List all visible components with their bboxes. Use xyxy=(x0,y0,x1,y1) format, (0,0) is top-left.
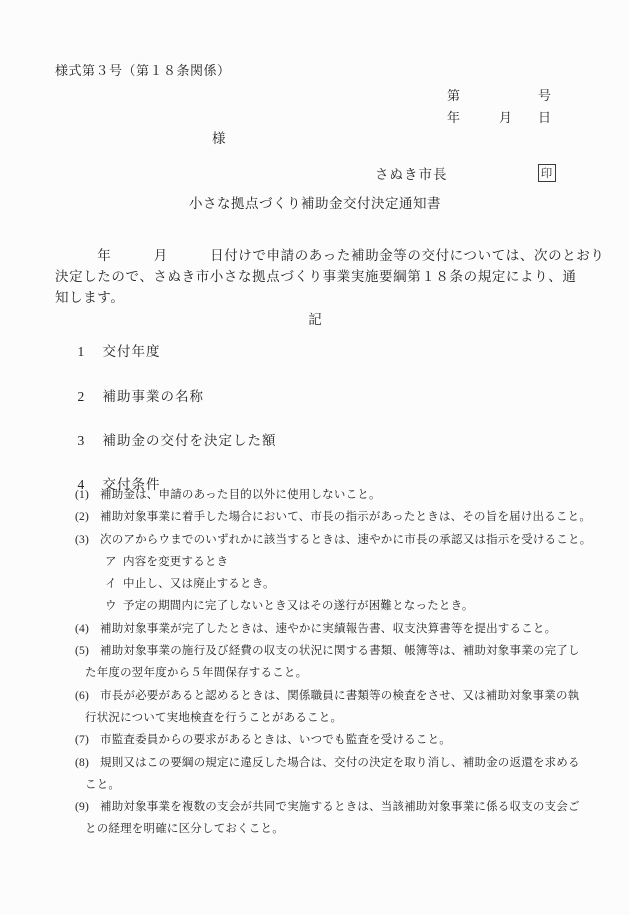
condition-text: 補助対象事業の施行及び経費の収支の状況に関する書類、帳簿等は、補助対象事業の完了… xyxy=(100,645,580,657)
body-paragraph: 年 月 日付けで申請のあった補助金等の交付については、次のとおり 決定したので、… xyxy=(55,245,575,330)
record-mark: 記 xyxy=(55,309,575,330)
condition-text: 規則又はこの要綱の規定に違反した場合は、交付の決定を取り消し、補助金の返還を求め… xyxy=(100,757,580,769)
sub-condition-marker: イ xyxy=(105,573,123,595)
condition-marker: (9) xyxy=(75,796,100,818)
condition-marker: (3) xyxy=(75,529,100,551)
sub-condition-marker: ア xyxy=(105,551,123,573)
condition-item-8: (8)規則又はこの要綱の規定に違反した場合は、交付の決定を取り消し、補助金の返還… xyxy=(55,752,577,774)
section-number: 3 xyxy=(78,434,103,448)
section-item-3: 3補助金の交付を決定した額 xyxy=(55,420,277,461)
condition-text: 次のアからウまでのいずれかに該当するときは、速やかに市長の承認又は指示を受けるこ… xyxy=(100,534,591,546)
condition-marker: (2) xyxy=(75,506,100,528)
section-label: 補助金の交付を決定した額 xyxy=(103,433,277,448)
sub-condition-marker: ウ xyxy=(105,595,123,617)
condition-marker: (1) xyxy=(75,484,100,506)
issuer-line: さぬき市長 印 xyxy=(375,162,556,183)
sub-condition-item-u: ウ予定の期間内に完了しないとき又はその遂行が困難となったとき。 xyxy=(55,595,577,617)
condition-item-2: (2)補助対象事業に着手した場合において、市長の指示があったときは、その旨を届け… xyxy=(55,506,577,528)
sub-condition-text: 予定の期間内に完了しないとき又はその遂行が困難となったとき。 xyxy=(123,600,474,612)
condition-item-7: (7)市監査委員からの要求があるときは、いつでも監査を受けること。 xyxy=(55,729,577,751)
condition-item-1: (1)補助金は、申請のあった目的以外に使用しないこと。 xyxy=(55,484,577,506)
condition-item-4: (4)補助対象事業が完了したときは、速やかに実績報告書、収支決算書等を提出するこ… xyxy=(55,618,577,640)
issue-date-line: 年 月 日 xyxy=(447,111,551,124)
condition-marker: (4) xyxy=(75,618,100,640)
conditions-list: (1)補助金は、申請のあった目的以外に使用しないこと。 (2)補助対象事業に着手… xyxy=(55,484,577,841)
condition-item-5: (5)補助対象事業の施行及び経費の収支の状況に関する書類、帳簿等は、補助対象事業… xyxy=(55,640,577,662)
sub-condition-item-a: ア内容を変更するとき xyxy=(55,551,577,573)
condition-marker: (8) xyxy=(75,752,100,774)
condition-item-8-continuation: こと。 xyxy=(55,774,577,796)
section-label: 補助事業の名称 xyxy=(103,389,205,404)
condition-item-6: (6)市長が必要があると認めるときは、関係職員に書類等の検査をさせ、又は補助対象… xyxy=(55,685,577,707)
condition-item-9: (9)補助対象事業を複数の支会が共同で実施するときは、当該補助対象事業に係る収支… xyxy=(55,796,577,818)
condition-item-6-continuation: 行状況について実地検査を行うことがあること。 xyxy=(55,707,577,729)
body-line: 知します。 xyxy=(55,287,575,308)
condition-text: 補助金は、申請のあった目的以外に使用しないこと。 xyxy=(100,489,381,501)
section-item-1: 1交付年度 xyxy=(55,331,161,372)
seal-stamp-placeholder: 印 xyxy=(538,164,556,182)
sub-condition-text: 中止し、又は廃止するとき。 xyxy=(123,578,275,590)
condition-text: 補助対象事業に着手した場合において、市長の指示があったときは、その旨を届け出るこ… xyxy=(100,511,591,523)
document-title: 小さな拠点づくり補助金交付決定通知書 xyxy=(55,197,575,211)
document-number-line: 第 号 xyxy=(447,89,551,102)
condition-item-3: (3)次のアからウまでのいずれかに該当するときは、速やかに市長の承認又は指示を受… xyxy=(55,529,577,551)
body-line: 決定したので、さぬき市小さな拠点づくり事業実施要綱第１８条の規定により、通 xyxy=(55,266,575,287)
condition-text: 補助対象事業を複数の支会が共同で実施するときは、当該補助対象事業に係る収支の支会… xyxy=(100,801,580,813)
condition-item-5-continuation: た年度の翌年度から５年間保存すること。 xyxy=(55,662,577,684)
condition-marker: (6) xyxy=(75,685,100,707)
condition-marker: (5) xyxy=(75,640,100,662)
sub-condition-text: 内容を変更するとき xyxy=(123,556,228,568)
addressee-suffix: 様 xyxy=(212,132,226,146)
form-number: 様式第３号（第１８条関係） xyxy=(55,64,231,77)
condition-marker: (7) xyxy=(75,729,100,751)
document-page: 様式第３号（第１８条関係） 第 号 年 月 日 様 さぬき市長 印 小さな拠点づ… xyxy=(0,0,630,915)
condition-text: 市監査委員からの要求があるときは、いつでも監査を受けること。 xyxy=(100,734,451,746)
condition-text: 市長が必要があると認めるときは、関係職員に書類等の検査をさせ、又は補助対象事業の… xyxy=(100,690,579,702)
section-number: 1 xyxy=(78,345,103,359)
section-item-2: 2補助事業の名称 xyxy=(55,376,204,417)
condition-item-9-continuation: との経理を明確に区分しておくこと。 xyxy=(55,818,577,840)
body-line: 年 月 日付けで申請のあった補助金等の交付については、次のとおり xyxy=(55,245,575,266)
condition-text: 補助対象事業が完了したときは、速やかに実績報告書、収支決算書等を提出すること。 xyxy=(100,623,556,635)
sub-condition-item-i: イ中止し、又は廃止するとき。 xyxy=(55,573,577,595)
section-label: 交付年度 xyxy=(103,344,161,359)
section-number: 2 xyxy=(78,390,103,404)
issuer-name: さぬき市長 xyxy=(375,163,448,183)
